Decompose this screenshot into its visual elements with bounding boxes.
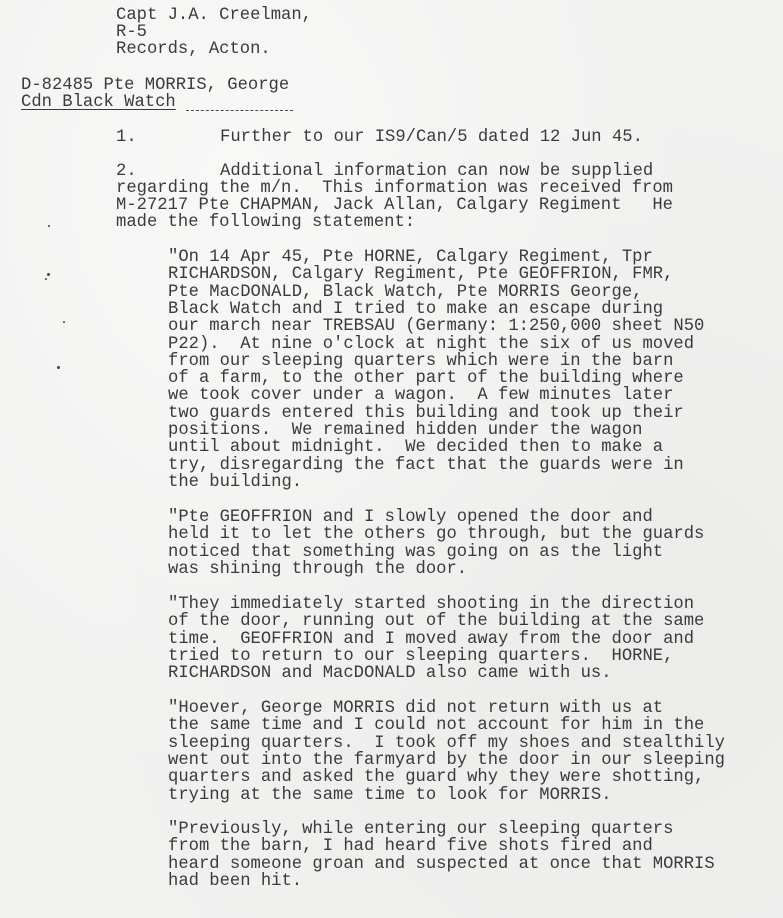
- statement-line: Pte MacDONALD, Black Watch, Pte MORRIS G…: [168, 284, 642, 301]
- paragraph-1-text: Further to our IS9/Can/5 dated 12 Jun 45…: [220, 129, 643, 146]
- statement-line: "On 14 Apr 45, Pte HORNE, Calgary Regime…: [168, 249, 653, 266]
- statement-line: sleeping quarters. I took off my shoes a…: [168, 735, 725, 752]
- paragraph-2-number: 2.: [116, 163, 137, 180]
- typed-document-page: Capt J.A. Creelman, R-5 Records, Acton. …: [0, 0, 783, 918]
- subject-underline-rule: [186, 110, 293, 111]
- statement-line: positions. We remained hidden under the …: [168, 422, 642, 439]
- address-line-location: Records, Acton.: [116, 41, 271, 58]
- statement-line: went out into the farmyard by the door i…: [168, 752, 725, 769]
- address-line-recipient: Capt J.A. Creelman,: [116, 7, 312, 24]
- statement-line: noticed that something was going on as t…: [168, 544, 663, 561]
- statement-line: heard someone groan and suspected at onc…: [168, 856, 715, 873]
- statement-line: had been hit.: [168, 873, 302, 890]
- paragraph-2-line: regarding the m/n. This information was …: [116, 180, 673, 197]
- statement-line: until about midnight. We decided then to…: [168, 439, 663, 456]
- statement-line: was shining through the door.: [168, 561, 467, 578]
- subject-service-number-name: D-82485 Pte MORRIS, George: [21, 77, 289, 94]
- statement-line: RICHARDSON, Calgary Regiment, Pte GEOFFR…: [168, 266, 673, 283]
- statement-line: "Previously, while entering our sleeping…: [168, 821, 673, 838]
- statement-line: from our sleeping quarters which were in…: [168, 353, 673, 370]
- paper-speck: [45, 278, 47, 280]
- statement-line: trying at the same time to look for MORR…: [168, 787, 612, 804]
- paragraph-2-line: made the following statement:: [116, 214, 415, 231]
- statement-line: quarters and asked the guard why they we…: [168, 769, 704, 786]
- paragraph-2-line: M-27217 Pte CHAPMAN, Jack Allan, Calgary…: [116, 197, 673, 214]
- statement-line: our march near TREBSAU (Germany: 1:250,0…: [168, 318, 704, 335]
- statement-line: of the door, running out of the building…: [168, 613, 704, 630]
- statement-line: held it to let the others go through, bu…: [168, 526, 704, 543]
- paper-speck: [47, 273, 50, 276]
- statement-line: Black Watch and I tried to make an escap…: [168, 301, 663, 318]
- statement-line: time. GEOFFRION and I moved away from th…: [168, 631, 694, 648]
- paragraph-1-number: 1.: [116, 129, 137, 146]
- statement-line: P22). At nine o'clock at night the six o…: [168, 336, 694, 353]
- statement-line: try, disregarding the fact that the guar…: [168, 457, 684, 474]
- statement-line: two guards entered this building and too…: [168, 405, 684, 422]
- statement-line: "They immediately started shooting in th…: [168, 596, 694, 613]
- statement-line: tried to return to our sleeping quarters…: [168, 648, 673, 665]
- paragraph-2-line: Additional information can now be suppli…: [220, 163, 653, 180]
- statement-line: the building.: [168, 474, 302, 491]
- paper-speck: [57, 366, 60, 369]
- statement-line: of a farm, to the other part of the buil…: [168, 370, 684, 387]
- statement-line: RICHARDSON and MacDONALD also came with …: [168, 665, 612, 682]
- statement-line: the same time and I could not account fo…: [168, 717, 704, 734]
- statement-line: "Pte GEOFFRION and I slowly opened the d…: [168, 509, 653, 526]
- statement-line: "Hoever, George MORRIS did not return wi…: [168, 700, 663, 717]
- statement-line: from the barn, I had heard five shots fi…: [168, 838, 653, 855]
- statement-line: we took cover under a wagon. A few minut…: [168, 387, 673, 404]
- paper-speck: [48, 225, 50, 227]
- subject-unit: Cdn Black Watch: [21, 94, 176, 111]
- address-line-office: R-5: [116, 24, 147, 41]
- paper-speck: [63, 321, 65, 323]
